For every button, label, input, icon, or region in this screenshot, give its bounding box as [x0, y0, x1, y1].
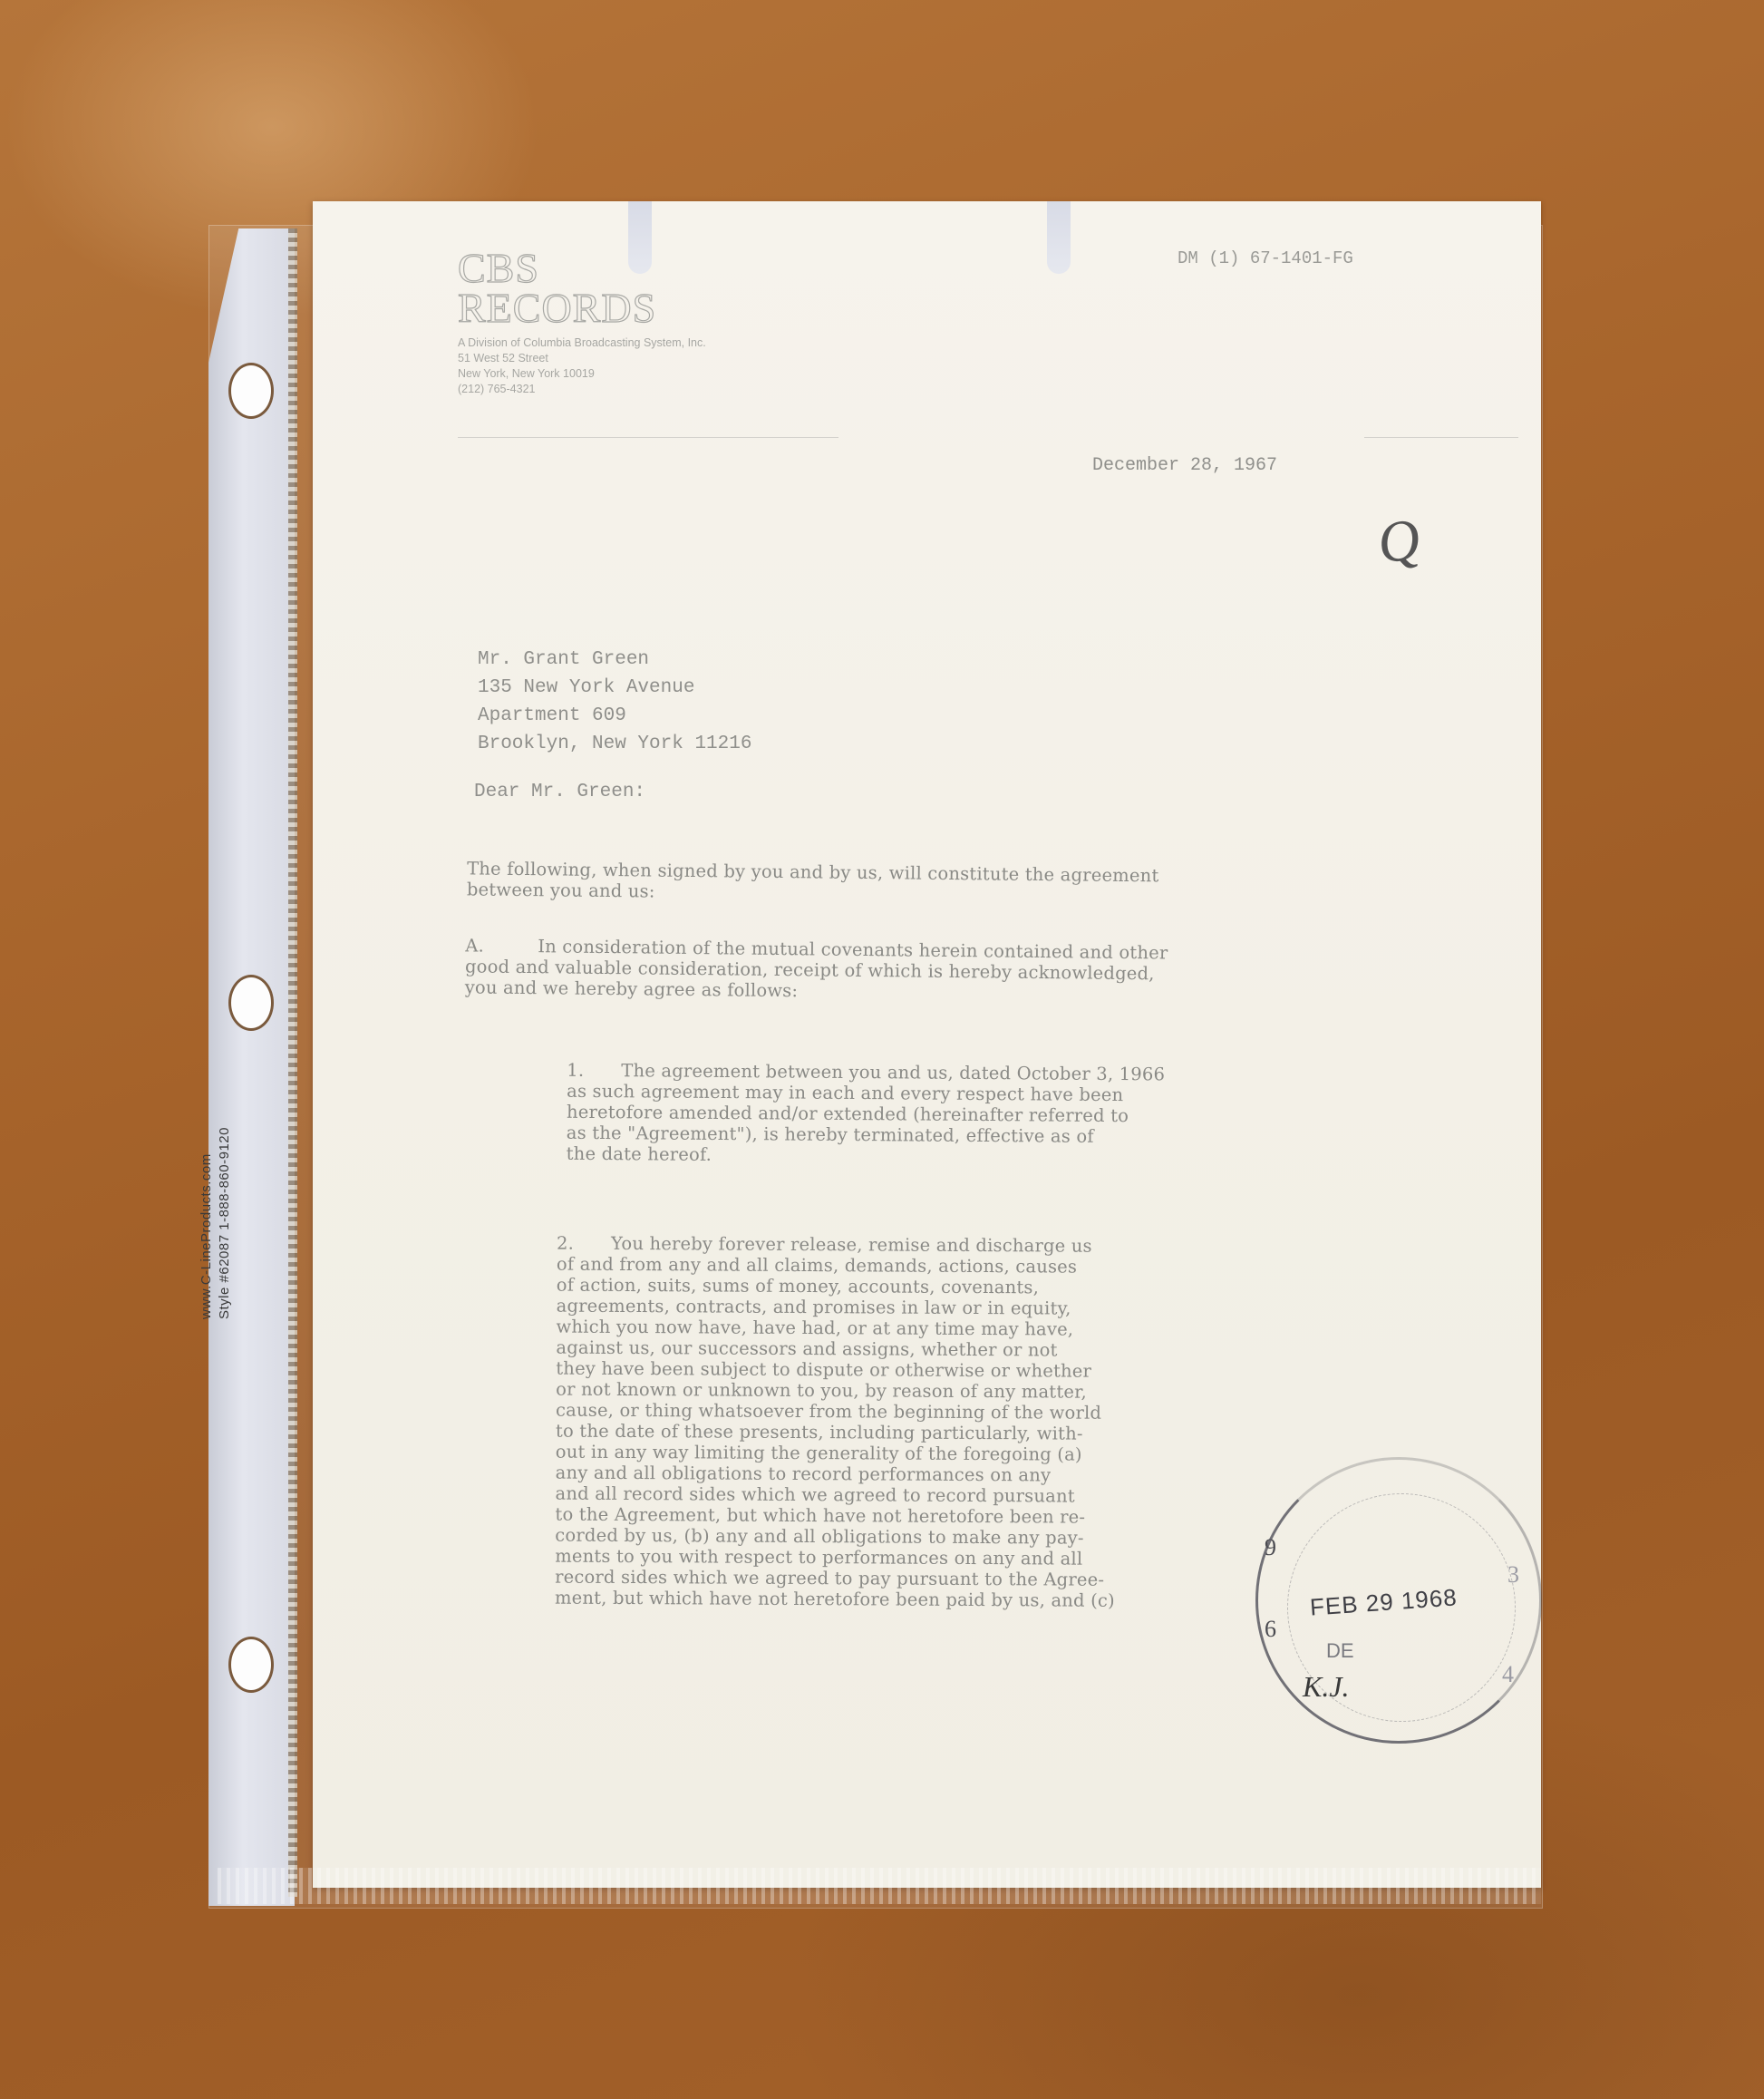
binder-hole-bottom: [228, 1637, 274, 1693]
item-2-text: You hereby forever release, remise and d…: [611, 1233, 1092, 1257]
item-1: 1.The agreement between you and us, date…: [567, 1060, 1401, 1170]
header-rule-left: [458, 437, 838, 438]
handwritten-initial: Q: [1372, 505, 1425, 578]
sleeve-seam: [288, 228, 297, 1897]
paper-punch-notch-right: [1047, 201, 1071, 274]
sleeve-brand-style: Style #62087 1-888-860-9120: [216, 1020, 234, 1319]
stamp-right-digit: 4: [1502, 1661, 1514, 1688]
received-stamp-code: DE: [1326, 1639, 1354, 1663]
recipient-name: Mr. Grant Green: [478, 646, 751, 674]
recipient-address: Mr. Grant Green 135 New York Avenue Apar…: [478, 646, 751, 758]
reference-code: DM (1) 67-1401-FG: [1178, 248, 1353, 268]
item-2-number: 2.: [557, 1233, 611, 1254]
binder-hole-top: [228, 363, 274, 419]
letterhead-phone: (212) 765-4321: [458, 382, 706, 397]
recipient-street: 135 New York Avenue: [478, 674, 751, 702]
clause-a-label: A.: [465, 935, 538, 957]
stamp-left-digit: 6: [1265, 1616, 1276, 1643]
item-1-number: 1.: [567, 1060, 621, 1081]
letterhead-city: New York, New York 10019: [458, 366, 706, 382]
intro-paragraph: The following, when signed by you and by…: [467, 858, 1437, 909]
logo-cbs: CBS: [458, 248, 706, 288]
logo-records: RECORDS: [458, 288, 706, 328]
sleeve-brand-text: www.C-LineProducts.com Style #62087 1-88…: [198, 1020, 234, 1319]
stamp-right-digit: 3: [1507, 1561, 1519, 1589]
sleeve-bottom-seam: [218, 1868, 1541, 1904]
sleeve-brand-url: www.C-LineProducts.com: [198, 1020, 216, 1319]
binder-hole-middle: [228, 975, 274, 1031]
letter-date: December 28, 1967: [1092, 455, 1277, 476]
received-stamp-initials: K.J.: [1303, 1670, 1350, 1704]
header-rule-right: [1364, 437, 1518, 438]
clause-a: A.In consideration of the mutual covenan…: [465, 935, 1445, 1007]
recipient-city: Brooklyn, New York 11216: [478, 730, 751, 758]
recipient-apartment: Apartment 609: [478, 702, 751, 730]
letterhead: CBS RECORDS A Division of Columbia Broad…: [458, 248, 706, 397]
stamp-left-digit: 9: [1265, 1534, 1276, 1561]
letter-page: CBS RECORDS A Division of Columbia Broad…: [313, 201, 1541, 1888]
letterhead-street: 51 West 52 Street: [458, 351, 706, 366]
letterhead-division: A Division of Columbia Broadcasting Syst…: [458, 335, 706, 351]
salutation: Dear Mr. Green:: [474, 782, 645, 802]
